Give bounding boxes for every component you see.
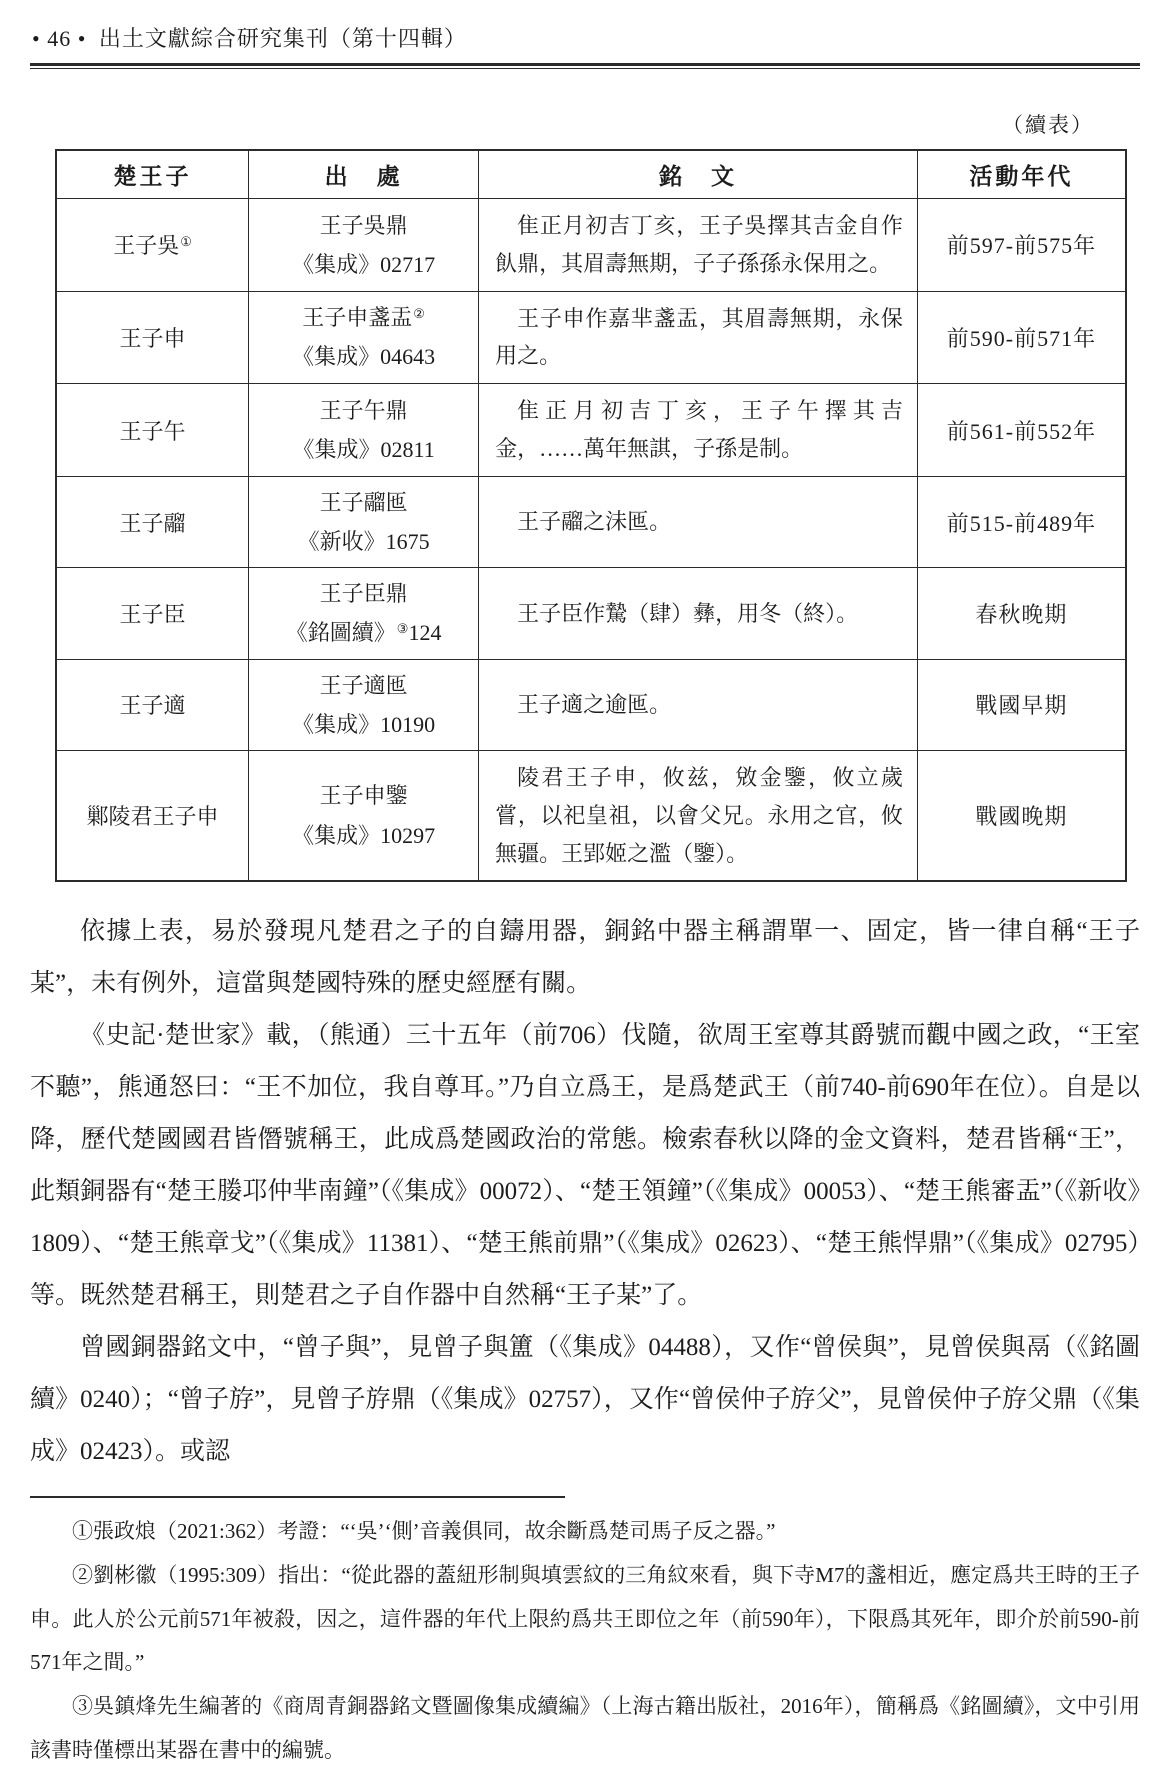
footnotes: ①張政烺（2021:362）考證：“‘吳’‘側’音義俱同，故余斷爲楚司馬子反之器… [30,1510,1140,1772]
source-text: 《新收》1675 [298,529,430,554]
inscription-cell: 王子鬸之沬匜。 [479,476,918,567]
inscription-cell: 隹正月初吉丁亥，王子午擇其吉金，……萬年無諆，子孫是制。 [479,384,918,477]
source-cell: 王子吳鼎《集成》02717 [249,199,479,292]
table-row: 王子吳①王子吳鼎《集成》02717隹正月初吉丁亥，王子吳擇其吉金自作飤鼎，其眉壽… [56,199,1126,292]
source-text: 王子申盞盂 [302,305,412,330]
source-line: 王子吳鼎 [253,206,474,245]
source-cell: 王子鬸匜《新收》1675 [249,476,479,567]
body-paragraph: 《史記·楚世家》載，（熊通）三十五年（前706）伐隨，欲周王室尊其爵號而觀中國之… [30,1010,1140,1322]
source-line: 《集成》02717 [253,245,474,284]
footnote: ③吳鎮烽先生編著的《商周青銅器銘文暨圖像集成續編》（上海古籍出版社，2016年）… [30,1685,1140,1772]
header-rule [30,63,1140,69]
inscription-cell: 王子適之逾匜。 [479,659,918,750]
prince-name-cell: 鄛陵君王子申 [56,750,249,881]
column-header: 楚王子 [56,150,249,199]
prince-name: 王子午 [120,419,186,444]
source-cell: 王子適匜《集成》10190 [249,659,479,750]
prince-name-cell: 王子申 [56,291,249,384]
period-cell: 前590-前571年 [917,291,1126,384]
prince-name-cell: 王子臣 [56,568,249,659]
table-row: 王子鬸王子鬸匜《新收》1675王子鬸之沬匜。前515-前489年 [56,476,1126,567]
table-row: 王子適王子適匜《集成》10190王子適之逾匜。戰國早期 [56,659,1126,750]
source-line: 王子午鼎 [253,391,474,430]
source-text: 王子臣鼎 [320,581,408,606]
source-cell: 王子申鑒《集成》10297 [249,750,479,881]
period-cell: 戰國早期 [917,659,1126,750]
prince-name: 王子臣 [120,602,186,627]
source-text: 王子午鼎 [320,398,408,423]
source-text: 《集成》04643 [292,344,435,369]
prince-name-cell: 王子午 [56,384,249,477]
continued-table-label: （續表） [30,109,1094,139]
period-cell: 前515-前489年 [917,476,1126,567]
princes-table: 楚王子出 處銘 文活動年代 王子吳①王子吳鼎《集成》02717隹正月初吉丁亥，王… [55,149,1127,882]
source-text: 《銘圖續》 [286,620,396,645]
inscription-cell: 陵君王子申，攸兹，敓金鑒，攸立歲嘗，以祀皇祖，以會父兄。永用之官，攸無疆。王郢姬… [479,750,918,881]
body-text: 依據上表，易於發現凡楚君之子的自鑄用器，銅銘中器主稱謂單一、固定，皆一律自稱“王… [30,906,1140,1478]
footnote-ref: ① [180,234,192,249]
period-cell: 前597-前575年 [917,199,1126,292]
footnote: ①張政烺（2021:362）考證：“‘吳’‘側’音義俱同，故余斷爲楚司馬子反之器… [30,1510,1140,1554]
source-text: 《集成》02717 [292,252,435,277]
prince-name-cell: 王子鬸 [56,476,249,567]
journal-title: 出土文獻綜合研究集刊（第十四輯） [99,26,467,51]
prince-name: 王子適 [120,693,186,718]
prince-name: 鄛陵君王子申 [87,804,219,829]
source-line: 《新收》1675 [253,522,474,561]
footnote-ref: ② [413,306,425,321]
page: • 46 • 出土文獻綜合研究集刊（第十四輯） （續表） 楚王子出 處銘 文活動… [0,0,1170,1772]
inscription-cell: 王子臣作騺（肆）彝，用冬（終）。 [479,568,918,659]
inscription-cell: 王子申作嘉芈盞盂，其眉壽無期，永保用之。 [479,291,918,384]
footnote-separator [30,1496,565,1498]
footnote: ②劉彬徽（1995:309）指出：“從此器的蓋紐形制與填雲紋的三角紋來看，與下寺… [30,1554,1140,1685]
source-text: 王子申鑒 [320,783,408,808]
page-number: • 46 • [32,26,86,51]
source-text: 《集成》10190 [292,712,435,737]
source-line: 王子申盞盂② [253,298,474,337]
source-text: 《集成》02811 [293,437,435,462]
footnote-ref: ③ [397,621,409,636]
period-cell: 春秋晚期 [917,568,1126,659]
prince-name: 王子吳 [113,233,179,258]
table-header-row: 楚王子出 處銘 文活動年代 [56,150,1126,199]
source-line: 《集成》04643 [253,337,474,376]
period-cell: 前561-前552年 [917,384,1126,477]
source-line: 王子鬸匜 [253,483,474,522]
column-header: 活動年代 [917,150,1126,199]
source-line: 《集成》02811 [253,430,474,469]
running-header: • 46 • 出土文獻綜合研究集刊（第十四輯） [30,16,1140,69]
table-row: 王子臣王子臣鼎《銘圖續》③124王子臣作騺（肆）彝，用冬（終）。春秋晚期 [56,568,1126,659]
source-cell: 王子午鼎《集成》02811 [249,384,479,477]
source-line: 《集成》10190 [253,705,474,744]
table-row: 王子申王子申盞盂②《集成》04643王子申作嘉芈盞盂，其眉壽無期，永保用之。前5… [56,291,1126,384]
source-line: 《銘圖續》③124 [253,613,474,652]
source-text: 王子吳鼎 [320,213,408,238]
table-body: 王子吳①王子吳鼎《集成》02717隹正月初吉丁亥，王子吳擇其吉金自作飤鼎，其眉壽… [56,199,1126,882]
source-number: 124 [408,620,441,645]
inscription-cell: 隹正月初吉丁亥，王子吳擇其吉金自作飤鼎，其眉壽無期，子子孫孫永保用之。 [479,199,918,292]
prince-name-cell: 王子吳① [56,199,249,292]
prince-name: 王子鬸 [120,511,186,536]
period-cell: 戰國晚期 [917,750,1126,881]
source-line: 王子申鑒 [253,776,474,815]
source-text: 《集成》10297 [292,823,435,848]
prince-name: 王子申 [120,326,186,351]
prince-name-cell: 王子適 [56,659,249,750]
column-header: 銘 文 [479,150,918,199]
source-cell: 王子臣鼎《銘圖續》③124 [249,568,479,659]
table-row: 王子午王子午鼎《集成》02811隹正月初吉丁亥，王子午擇其吉金，……萬年無諆，子… [56,384,1126,477]
body-paragraph: 依據上表，易於發現凡楚君之子的自鑄用器，銅銘中器主稱謂單一、固定，皆一律自稱“王… [30,906,1140,1010]
table-row: 鄛陵君王子申王子申鑒《集成》10297陵君王子申，攸兹，敓金鑒，攸立歲嘗，以祀皇… [56,750,1126,881]
body-paragraph: 曾國銅器銘文中，“曾子與”，見曾子與簠（《集成》04488），又作“曾侯與”，見… [30,1322,1140,1478]
source-cell: 王子申盞盂②《集成》04643 [249,291,479,384]
source-text: 王子鬸匜 [320,490,408,515]
column-header: 出 處 [249,150,479,199]
source-line: 《集成》10297 [253,816,474,855]
running-head-line: • 46 • 出土文獻綜合研究集刊（第十四輯） [30,16,1140,63]
source-text: 王子適匜 [320,673,408,698]
source-line: 王子臣鼎 [253,574,474,613]
source-line: 王子適匜 [253,666,474,705]
